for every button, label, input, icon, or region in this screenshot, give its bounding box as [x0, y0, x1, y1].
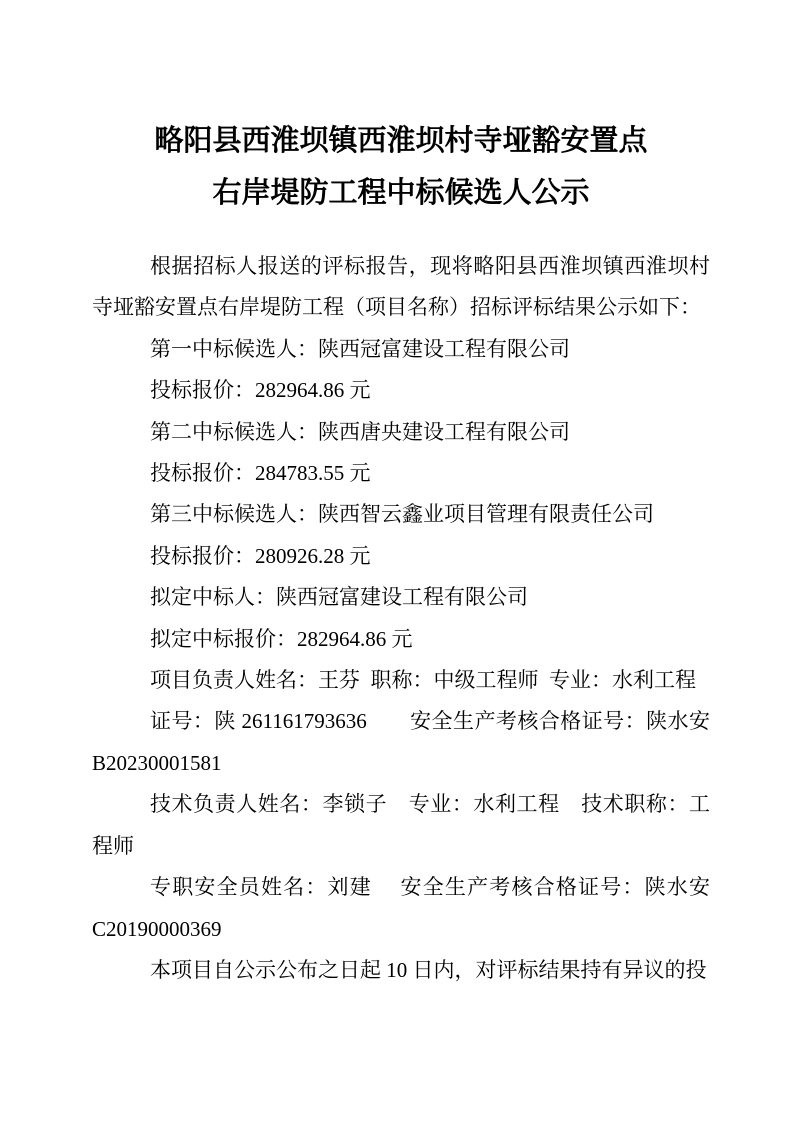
paragraph-manager-certificates: 证号：陕 261161793636 安全生产考核合格证号：陕水安B2023000… — [92, 701, 710, 784]
paragraph-third-candidate: 第三中标候选人：陕西智云鑫业项目管理有限责任公司 — [92, 494, 710, 535]
paragraph-project-manager: 项目负责人姓名：王芬 职称：中级工程师 专业：水利工程 — [92, 660, 710, 701]
document-body: 根据招标人报送的评标报告，现将略阳县西淮坝镇西淮坝村寺垭豁安置点右岸堤防工程（项… — [92, 246, 710, 991]
paragraph-proposed-winner: 拟定中标人：陕西冠富建设工程有限公司 — [92, 577, 710, 618]
paragraph-first-candidate-price: 投标报价：282964.86 元 — [92, 370, 710, 411]
paragraph-technical-director: 技术负责人姓名：李锁子 专业：水利工程 技术职称：工程师 — [92, 784, 710, 867]
paragraph-proposed-winner-price: 拟定中标报价：282964.86 元 — [92, 619, 710, 660]
paragraph-intro: 根据招标人报送的评标报告，现将略阳县西淮坝镇西淮坝村寺垭豁安置点右岸堤防工程（项… — [92, 246, 710, 329]
paragraph-first-candidate: 第一中标候选人：陕西冠富建设工程有限公司 — [92, 329, 710, 370]
paragraph-objection-notice: 本项目自公示公布之日起 10 日内，对评标结果持有异议的投 — [92, 950, 710, 991]
title-line-1: 略阳县西淮坝镇西淮坝村寺垭豁安置点 — [92, 115, 710, 167]
paragraph-third-candidate-price: 投标报价：280926.28 元 — [92, 536, 710, 577]
paragraph-second-candidate: 第二中标候选人：陕西唐央建设工程有限公司 — [92, 412, 710, 453]
document-page: 略阳县西淮坝镇西淮坝村寺垭豁安置点 右岸堤防工程中标候选人公示 根据招标人报送的… — [0, 0, 793, 1122]
document-title: 略阳县西淮坝镇西淮坝村寺垭豁安置点 右岸堤防工程中标候选人公示 — [92, 115, 710, 219]
paragraph-safety-officer: 专职安全员姓名：刘建 安全生产考核合格证号：陕水安C20190000369 — [92, 867, 710, 950]
paragraph-second-candidate-price: 投标报价：284783.55 元 — [92, 453, 710, 494]
title-line-2: 右岸堤防工程中标候选人公示 — [92, 167, 710, 219]
